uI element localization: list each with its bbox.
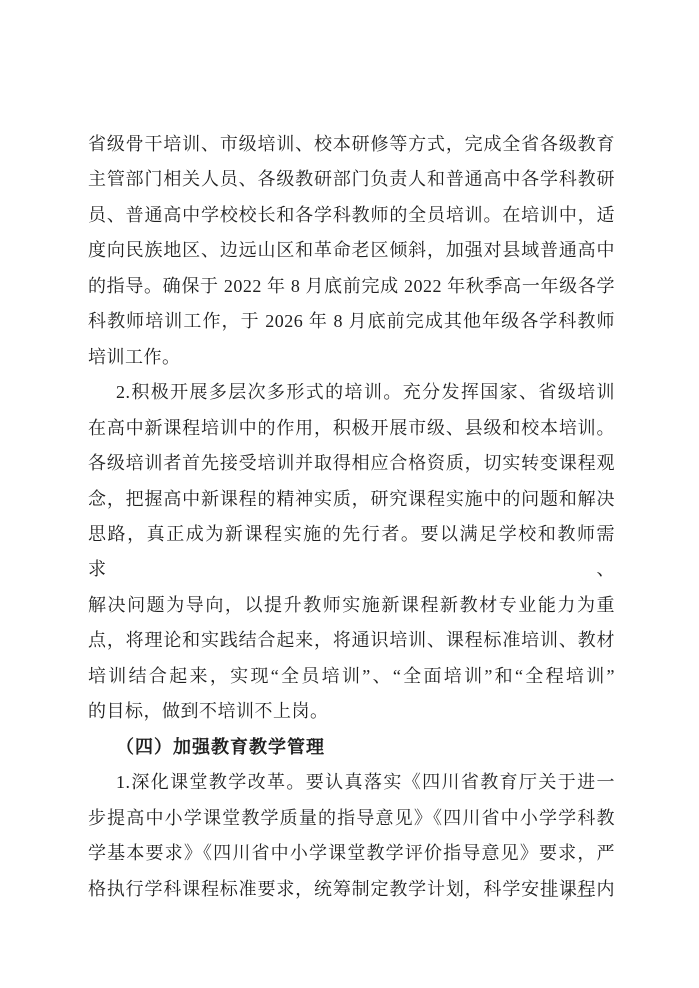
section-heading: （四）加强教育教学管理: [88, 730, 615, 765]
page-number: — 7 —: [518, 884, 618, 908]
text-line: 解决问题为导向，以提升教师实施新课程新教材专业能力为重: [88, 588, 615, 623]
text-line: 学基本要求》《四川省中小学课堂教学评价指导意见》要求，严: [88, 836, 615, 871]
text-line: 各级培训者首先接受培训并取得相应合格资质，切实转变课程观: [88, 446, 615, 481]
text-line: 在高中新课程培训中的作用，积极开展市级、县级和校本培训。: [88, 411, 615, 446]
text-line: 度向民族地区、边远山区和革命老区倾斜，加强对县域普通高中: [88, 233, 615, 268]
text-line: 念，把握高中新课程的精神实质，研究课程实施中的问题和解决: [88, 482, 615, 517]
text-line: 省级骨干培训、市级培训、校本研修等方式，完成全省各级教育: [88, 127, 615, 162]
text-block: 省级骨干培训、市级培训、校本研修等方式，完成全省各级教育主管部门相关人员、各级教…: [88, 127, 615, 907]
text-line: 点，将理论和实践结合起来，将通识培训、课程标准培训、教材: [88, 623, 615, 658]
text-line: 1.深化课堂教学改革。要认真落实《四川省教育厅关于进一: [88, 765, 615, 800]
text-line: 思路，真正成为新课程实施的先行者。要以满足学校和教师需求、: [88, 517, 615, 588]
text-line: 科教师培训工作，于 2026 年 8 月底前完成其他年级各学科教师: [88, 304, 615, 339]
text-line: 的目标，做到不培训不上岗。: [88, 694, 615, 729]
text-line: 主管部门相关人员、各级教研部门负责人和普通高中各学科教研: [88, 162, 615, 197]
text-line: 的指导。确保于 2022 年 8 月底前完成 2022 年秋季高一年级各学: [88, 269, 615, 304]
text-line: 步提高中小学课堂教学质量的指导意见》《四川省中小学学科教: [88, 801, 615, 836]
text-line: 员、普通高中学校校长和各学科教师的全员培训。在培训中，适: [88, 198, 615, 233]
text-line: 培训工作。: [88, 340, 615, 375]
text-line: 培训结合起来，实现“全员培训”、“全面培训”和“全程培训”: [88, 659, 615, 694]
text-line: 2.积极开展多层次多形式的培训。充分发挥国家、省级培训: [88, 375, 615, 410]
document-page: 省级骨干培训、市级培训、校本研修等方式，完成全省各级教育主管部门相关人员、各级教…: [0, 0, 699, 988]
